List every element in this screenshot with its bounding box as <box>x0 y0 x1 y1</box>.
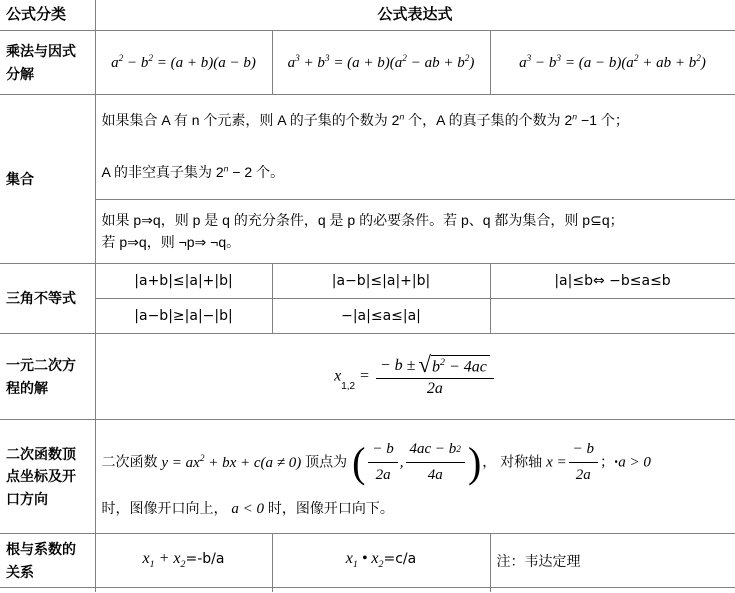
header-cell-formula-class: 公式分类 <box>0 0 95 31</box>
formula-table: 公式分类 公式表达式 乘法与因式分解 a2 − b2 = (a + b)(a −… <box>0 0 735 592</box>
sets-subset-cell: 如果集合 A 有 n 个元素，则 A 的子集的个数为 2n 个，A 的真子集的个… <box>95 95 735 200</box>
roots-sum-value: =-b/a <box>185 551 224 567</box>
triangle-inequality-1: |a+b|≤|a|+|b| <box>95 264 272 299</box>
vieta-note: 注：韦达定理 <box>497 553 581 569</box>
sets-subset-line1: 如果集合 A 有 n 个元素，则 A 的子集的个数为 2n 个，A 的真子集的个… <box>102 110 729 132</box>
vertex-line-2: 时，图像开口向上， a < 0 时，图像开口向下。 <box>102 498 729 521</box>
quadratic-formula: x1,2 = − b ±√b2 − 4ac2a <box>334 355 496 397</box>
factoring-formula-1-cell: a2 − b2 = (a + b)(a − b) <box>95 31 272 95</box>
cropped-row-cell <box>272 588 490 593</box>
vertex-equation: y = ax2 + bx + c(a ≠ 0) <box>161 455 301 471</box>
row-label-vertex: 二次函数顶点坐标及开口方向 <box>0 420 95 534</box>
square-root: √b2 − 4ac <box>418 355 489 376</box>
vertex-condition-negative: a < 0 <box>231 501 264 517</box>
header-formula-class-label: 公式分类 <box>6 6 66 23</box>
paren-close: ) <box>468 444 481 482</box>
sets-implication-cell: 如果 p⇒q，则 p 是 q 的充分条件，q 是 p 的必要条件。若 p、q 都… <box>95 200 735 264</box>
header-formula-expression-label: 公式表达式 <box>378 6 453 23</box>
triangle-inequality-5: −|a|≤a≤|a| <box>272 299 490 334</box>
cropped-row-cell <box>0 588 95 593</box>
quadratic-x-subscript: 1,2 <box>341 381 355 392</box>
sets-implication-line2: 若 p⇒q，则 ¬p⇒ ¬q。 <box>102 232 729 254</box>
sets-subset-line2: A 的非空真子集为 2n − 2 个。 <box>102 162 729 184</box>
vertex-line2-cn2: 时，图像开口向下。 <box>264 500 394 516</box>
vertex-comma: , <box>400 455 404 471</box>
paren-open: ( <box>352 444 365 482</box>
quadratic-radicand: b2 − 4ac <box>431 355 490 376</box>
vertex-cn-vertex: 顶点为 <box>301 454 347 470</box>
sqrt-sign-icon: √ <box>418 355 431 375</box>
header-cell-formula-expression: 公式表达式 <box>95 0 735 31</box>
vertex-content-cell: 二次函数 y = ax2 + bx + c(a ≠ 0) 顶点为 (− b2a,… <box>95 420 735 534</box>
vertex-fraction-1: − b2a <box>368 438 397 488</box>
triangle-inequality-empty <box>490 299 735 334</box>
factoring-formula-3: a3 − b3 = (a − b)(a2 + ab + b2) <box>519 55 706 71</box>
roots-sum-math: x1 + x2 <box>143 550 186 567</box>
formula-table-page: 公式分类 公式表达式 乘法与因式分解 a2 − b2 = (a + b)(a −… <box>0 0 735 593</box>
cropped-row-cell <box>490 588 735 593</box>
row-label-sets: 集合 <box>0 95 95 264</box>
triangle-inequality-2: |a−b|≤|a|+|b| <box>272 264 490 299</box>
quadratic-formula-cell: x1,2 = − b ±√b2 − 4ac2a <box>95 334 735 420</box>
roots-product-cell: x1 • x2=c/a <box>272 534 490 588</box>
roots-sum-cell: x1 + x2=-b/a <box>95 534 272 588</box>
axis-fraction: − b2a <box>569 438 598 488</box>
factoring-formula-2-cell: a3 + b3 = (a + b)(a2 − ab + b2) <box>272 31 490 95</box>
cropped-row-cell <box>95 588 272 593</box>
vertex-semicolon: ；ꞏ <box>600 454 618 470</box>
sets-implication-line1: 如果 p⇒q，则 p 是 q 的充分条件，q 是 p 的必要条件。若 p、q 都… <box>102 210 729 232</box>
row-label-roots-coefficients: 根与系数的关系 <box>0 534 95 588</box>
quadratic-denominator: 2a <box>427 379 443 398</box>
factoring-formula-1: a2 − b2 = (a + b)(a − b) <box>111 55 256 71</box>
quadratic-equals: = <box>355 368 374 385</box>
axis-equation-lhs: x = <box>546 455 567 471</box>
row-label-quadratic-solution: 一元二次方程的解 <box>0 334 95 420</box>
roots-product-math: x1 • x2 <box>346 550 384 567</box>
quadratic-numerator-prefix: − b ± <box>380 357 416 375</box>
quadratic-fraction: − b ±√b2 − 4ac2a <box>376 355 494 397</box>
vertex-condition-positive: a > 0 <box>618 455 651 471</box>
vertex-cn-prefix: 二次函数 <box>102 454 162 470</box>
factoring-formula-3-cell: a3 − b3 = (a − b)(a2 + ab + b2) <box>490 31 735 95</box>
roots-product-value: =c/a <box>383 551 416 567</box>
row-label-triangle-inequality: 三角不等式 <box>0 264 95 334</box>
factoring-formula-2: a3 + b3 = (a + b)(a2 − ab + b2) <box>288 55 475 71</box>
triangle-inequality-3: |a|≤b⇔ −b≤a≤b <box>490 264 735 299</box>
row-label-factoring: 乘法与因式分解 <box>0 31 95 95</box>
vertex-line2-cn1: 时，图像开口向上， <box>102 500 232 516</box>
vertex-line-1: 二次函数 y = ax2 + bx + c(a ≠ 0) 顶点为 (− b2a,… <box>102 438 729 488</box>
triangle-inequality-4: |a−b|≥|a|−|b| <box>95 299 272 334</box>
vertex-fraction-2: 4ac − b24a <box>406 438 465 488</box>
roots-note-cell: 注：韦达定理 <box>490 534 735 588</box>
vertex-cn-axis: ， 对称轴 <box>482 454 546 470</box>
